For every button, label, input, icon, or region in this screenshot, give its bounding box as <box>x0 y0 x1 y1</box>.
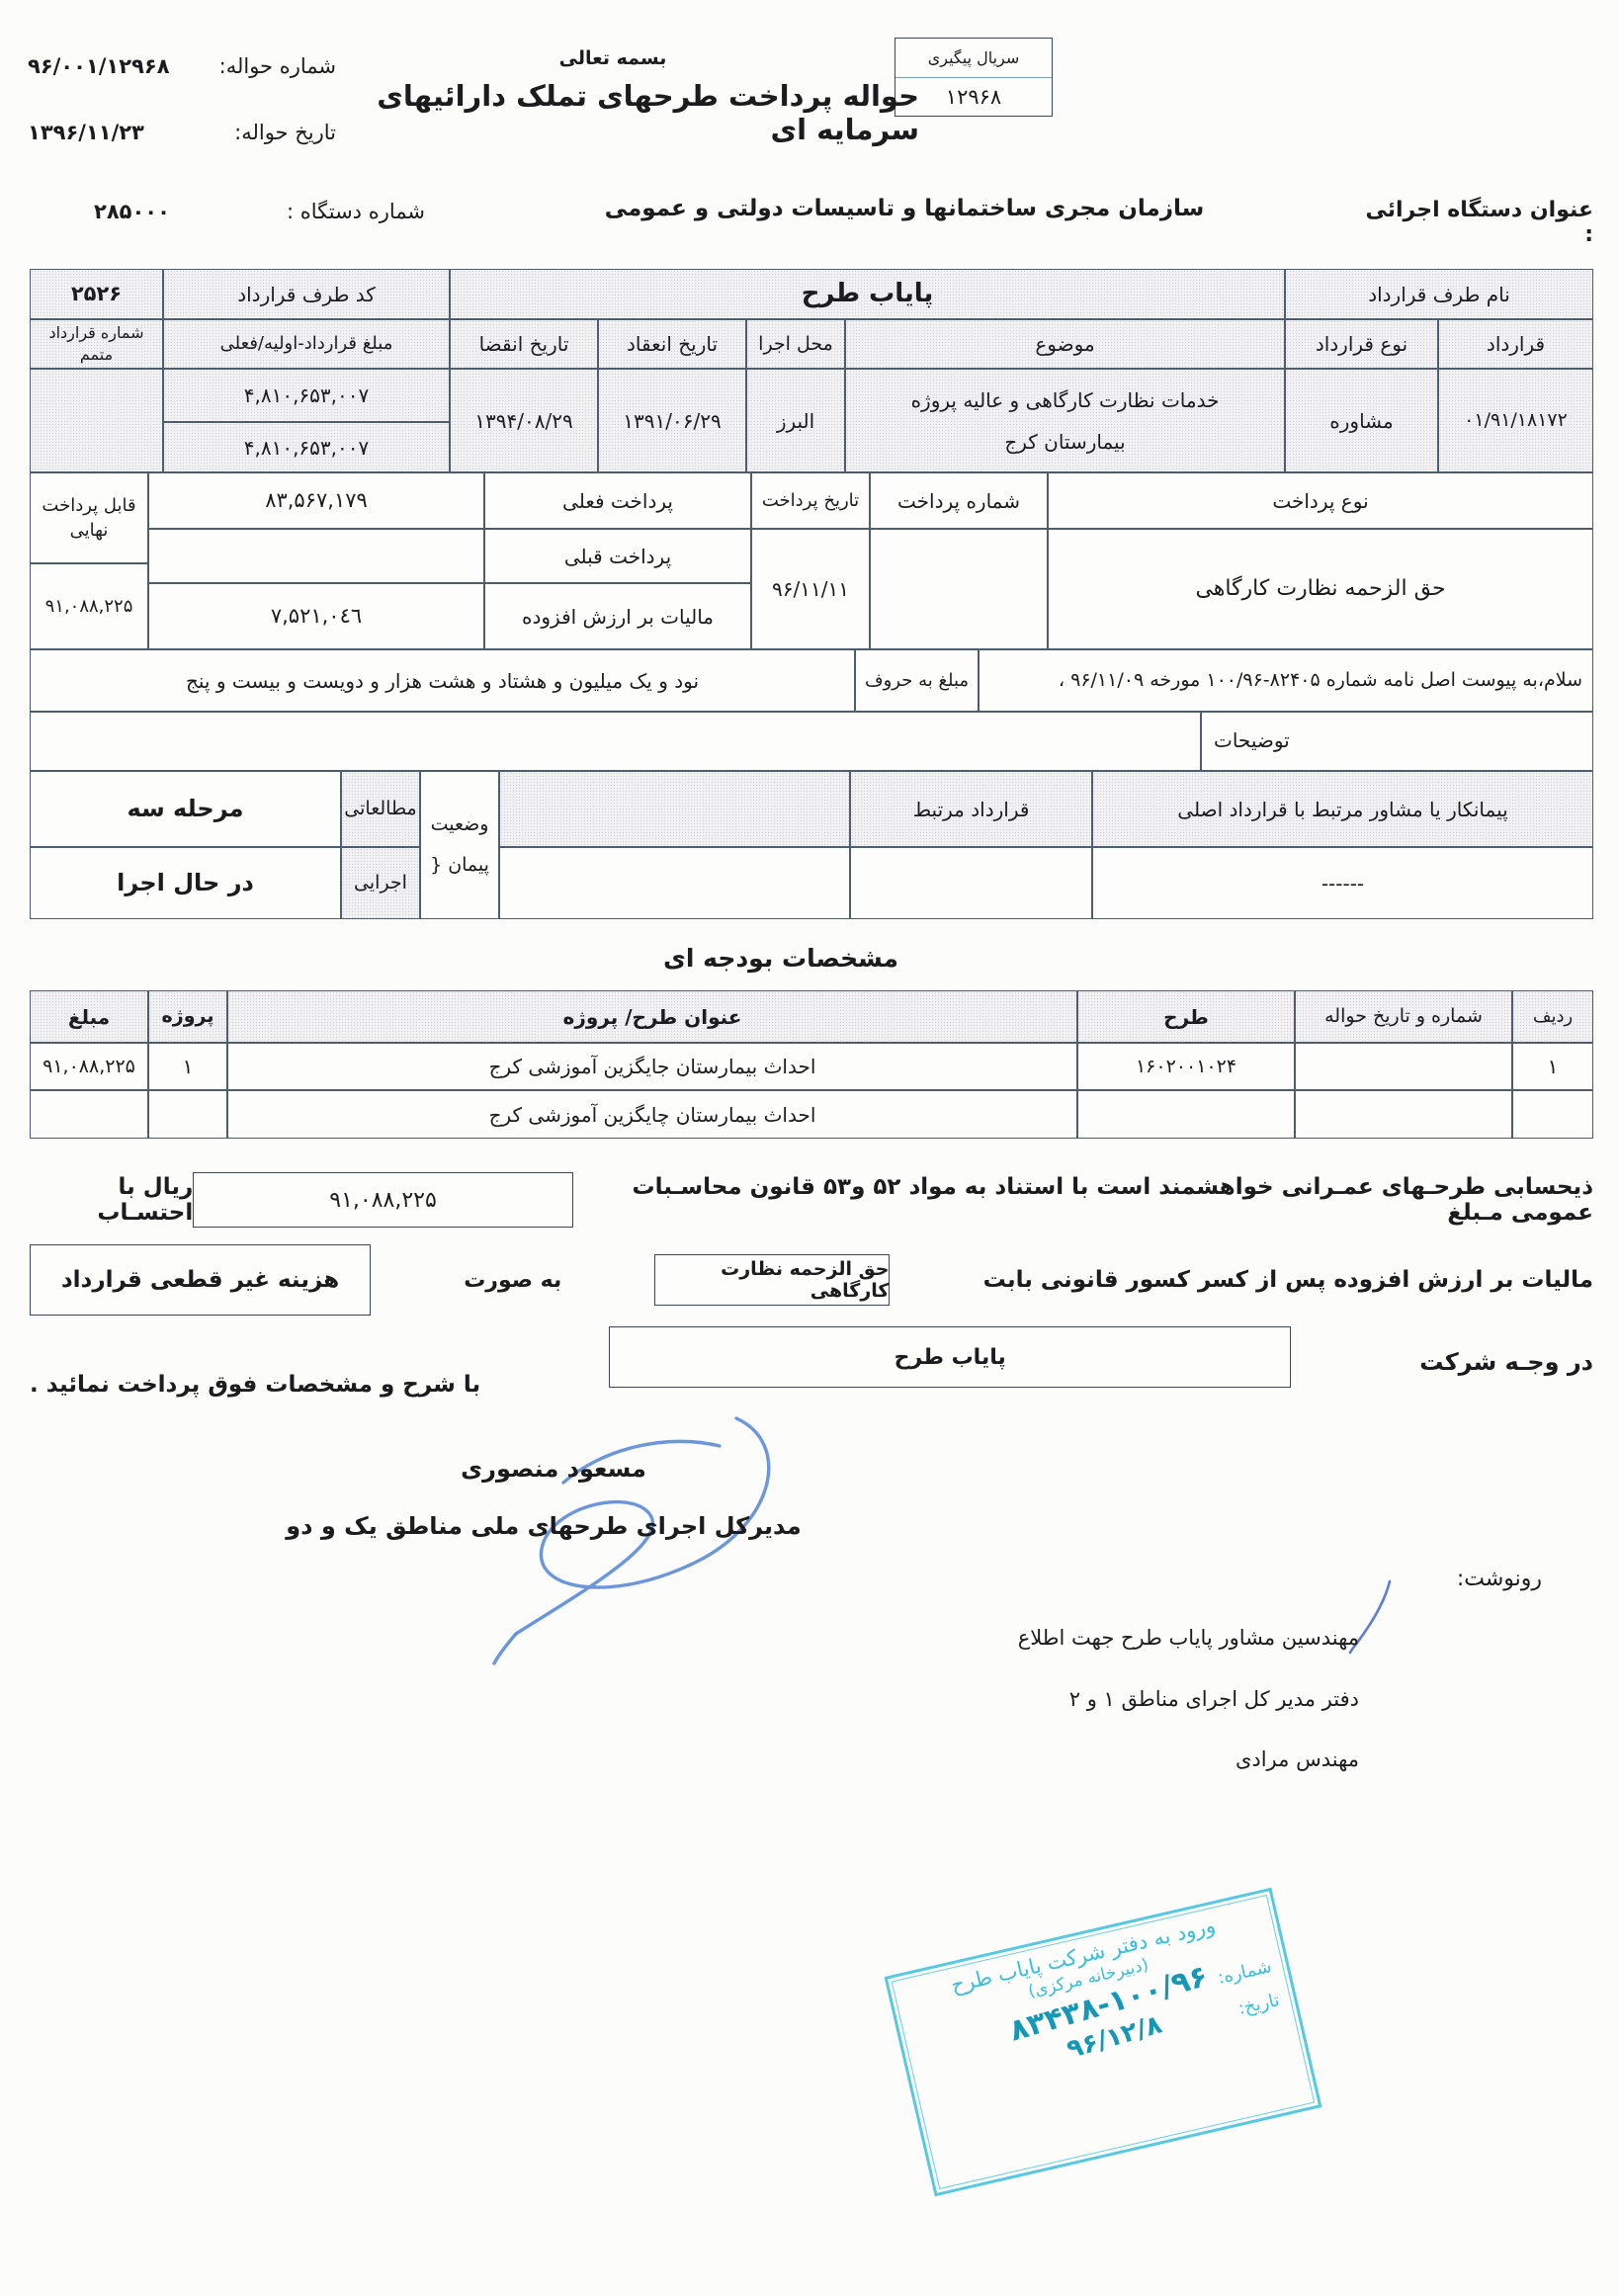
agency-label: عنوان دستگاه اجرائی : <box>1364 198 1593 247</box>
budget-amount-header: مبلغ <box>30 990 148 1043</box>
agency-no-label: شماره دستگاه : <box>287 200 425 223</box>
budget-plan-header: طرح <box>1077 990 1295 1043</box>
budget-row1-plan: ۱۶۰۲۰۰۱۰۲۴ <box>1077 1043 1295 1090</box>
serial-label: سریال پیگیری <box>895 39 1052 78</box>
party-code-value: ۲۵۲۶ <box>30 269 163 319</box>
attachment-note: سلام،به پیوست اصل نامه شماره ۸۲۴۰۵-۱۰۰/۹… <box>979 649 1593 712</box>
copy-item-office: دفتر مدیر کل اجرای مناطق ۱ و ۲ <box>1038 1687 1359 1711</box>
previous-payment-value <box>148 529 484 583</box>
amount-words-label: مبلغ به حروف <box>855 649 979 712</box>
contract-no-header: قرارداد <box>1438 319 1593 369</box>
contract-type-header: نوع قرارداد <box>1285 319 1438 369</box>
supplement-value <box>30 369 163 472</box>
status-spacer-top <box>499 771 850 847</box>
directive-amount-box: ۹۱,۰۸۸,۲۲۵ <box>193 1172 572 1228</box>
expiry-date-header: تاریخ انقضا <box>450 319 598 369</box>
related-contract-header: قرارداد مرتبط <box>850 771 1092 847</box>
pact-status-label-1: وضعیت <box>431 811 489 838</box>
related-contract-value <box>850 847 1092 919</box>
copy-item-consultant: مهندسین مشاور پایاب طرح جهت اطلاع <box>988 1626 1359 1650</box>
signatory-name: مسعود منصوری <box>425 1455 682 1483</box>
current-payment-label: پرداخت فعلی <box>484 472 751 529</box>
budget-title-header: عنوان طرح/ پروژه <box>227 990 1077 1043</box>
contract-type-value: مشاوره <box>1285 369 1438 472</box>
party-name-value: پایاب طرح <box>450 269 1285 319</box>
sign-date-value: ۱۳۹۱/۰۶/۲۹ <box>598 369 746 472</box>
directive-line3: در وجـه شرکت <box>1419 1348 1593 1376</box>
directive-reason-box: حق الزحمه نظارت کارگاهی <box>654 1254 890 1306</box>
final-payable-label: قابل پرداخت نهایی <box>30 472 148 563</box>
office-entry-stamp: ورود به دفتر شرکت پایاب طرح (دبیرخانه مر… <box>885 1888 1322 2197</box>
vat-label: مالیات بر ارزش افزوده <box>484 583 751 649</box>
signatory-title: مدیرکل اجرای طرحهای ملی مناطق یک و دو <box>208 1512 880 1540</box>
related-consultant-header: پیمانکار یا مشاور مرتبط با قرارداد اصلی <box>1092 771 1593 847</box>
study-option: مطالعاتی <box>341 771 420 847</box>
related-consultant-value: ------ <box>1092 847 1593 919</box>
payment-date-header: تاریخ پرداخت <box>751 472 870 529</box>
directive-expense-box: هزینه غیر قطعی قرارداد <box>30 1244 371 1316</box>
party-name-label: نام طرف قرارداد <box>1285 269 1593 319</box>
directive-as-label: به صورت <box>464 1268 561 1293</box>
payment-type-header: نوع پرداخت <box>1048 472 1593 529</box>
expiry-date-value: ۱۳۹۴/۰۸/۲۹ <box>450 369 598 472</box>
location-value: البرز <box>746 369 845 472</box>
amount-initial-value: ۴,۸۱۰,۶۵۳,۰۰۷ <box>163 369 450 422</box>
pact-status-label-2: پیمان { <box>430 852 489 879</box>
page-title: حواله پرداخت طرحهای تملک دارائیهای سرمای… <box>306 79 919 146</box>
budget-row1-title: احداث بیمارستان جایگزین آموزشی کرج <box>227 1043 1077 1090</box>
sign-date-header: تاریخ انعقاد <box>598 319 746 369</box>
subject-value: خدمات نظارت کارگاهی و عالیه پروژه بیمارس… <box>845 369 1285 472</box>
payment-no-value <box>870 529 1048 649</box>
budget-row2-title: احداث بیمارستان چایگزین آموزشی کرج <box>227 1090 1077 1139</box>
bismillah: بسمه تعالی <box>534 47 692 69</box>
subject-header: موضوع <box>845 319 1285 369</box>
contract-no-value: ۰۱/۹۱/۱۸۱۷۲ <box>1438 369 1593 472</box>
budget-section-title: مشخصات بودجه ای <box>563 944 998 973</box>
contract-amount-header: مبلغ قرارداد-اولیه/فعلی <box>163 319 450 369</box>
budget-row2-amount <box>30 1090 148 1139</box>
budget-row2-ref <box>1295 1090 1512 1139</box>
stamp-number-label: شماره: <box>1216 1956 1273 1989</box>
voucher-no-value: ۹۶/۰۰۱/۱۲۹۶۸ <box>28 54 170 78</box>
payment-date-value: ۹۶/۱۱/۱۱ <box>751 529 870 649</box>
stamp-date-label: تاریخ: <box>1236 1990 1282 2019</box>
previous-payment-label: پرداخت قبلی <box>484 529 751 583</box>
payment-no-header: شماره پرداخت <box>870 472 1048 529</box>
remarks-label: توضیحات <box>1201 712 1593 771</box>
budget-project-header: پروژه <box>148 990 227 1043</box>
budget-row2-project <box>148 1090 227 1139</box>
copy-item-engineer: مهندس مرادی <box>1156 1747 1359 1771</box>
budget-row1-ref <box>1295 1043 1512 1090</box>
amount-words-value: نود و یک میلیون و هشتاد و هشت هزار و دوی… <box>30 649 855 712</box>
phase-value: مرحله سه <box>30 771 341 847</box>
budget-row1-project: ۱ <box>148 1043 227 1090</box>
exec-option: اجرایی <box>341 847 420 919</box>
voucher-no-label: شماره حواله: <box>219 54 336 78</box>
location-header: محل اجرا <box>746 319 845 369</box>
budget-row1-amount: ۹۱,۰۸۸,۲۲۵ <box>30 1043 148 1090</box>
final-payable-value: ۹۱,۰۸۸,۲۲۵ <box>30 563 148 649</box>
agency-no-value: ۲۸۵۰۰۰ <box>94 200 170 223</box>
directive-payee-box: پایاب طرح <box>609 1326 1291 1388</box>
budget-ref-header: شماره و تاریخ حواله <box>1295 990 1512 1043</box>
agency-name: سازمان مجری ساختمانها و تاسیسات دولتی و … <box>583 196 1226 221</box>
voucher-date-value: ۱۳۹۶/۱۱/۲۳ <box>28 121 144 144</box>
payment-type-value: حق الزحمه نظارت کارگاهی <box>1048 529 1593 649</box>
directive-line2: مالیات بر ارزش افزوده پس از کسر کسور قان… <box>983 1267 1593 1293</box>
supplement-header: شماره قرارداد متمم <box>30 319 163 369</box>
budget-row2-index <box>1512 1090 1593 1139</box>
directive-line1-end: ریال با احتسـاب <box>30 1174 193 1226</box>
copies-label: رونوشت: <box>1404 1567 1542 1591</box>
status-spacer-bottom <box>499 847 850 919</box>
directive-line3-end: با شرح و مشخصات فوق پرداخت نمائید . <box>30 1372 480 1398</box>
party-code-label: کد طرف قرارداد <box>163 269 450 319</box>
amount-current-value: ۴,۸۱۰,۶۵۳,۰۰۷ <box>163 422 450 472</box>
current-payment-value: ۸۳,۵۶۷,۱۷۹ <box>148 472 484 529</box>
budget-row-header: ردیف <box>1512 990 1593 1043</box>
directive-line1: ذیحسابی طرحـهای عمـرانی خواهشمند است با … <box>573 1174 1593 1226</box>
budget-row2-plan <box>1077 1090 1295 1139</box>
voucher-date-label: تاریخ حواله: <box>234 121 336 144</box>
remarks-value <box>30 712 1201 771</box>
phase-status-value: در حال اجرا <box>30 847 341 919</box>
budget-row1-index: ۱ <box>1512 1043 1593 1090</box>
vat-value: ۷,۵۲۱,۰٤٦ <box>148 583 484 649</box>
